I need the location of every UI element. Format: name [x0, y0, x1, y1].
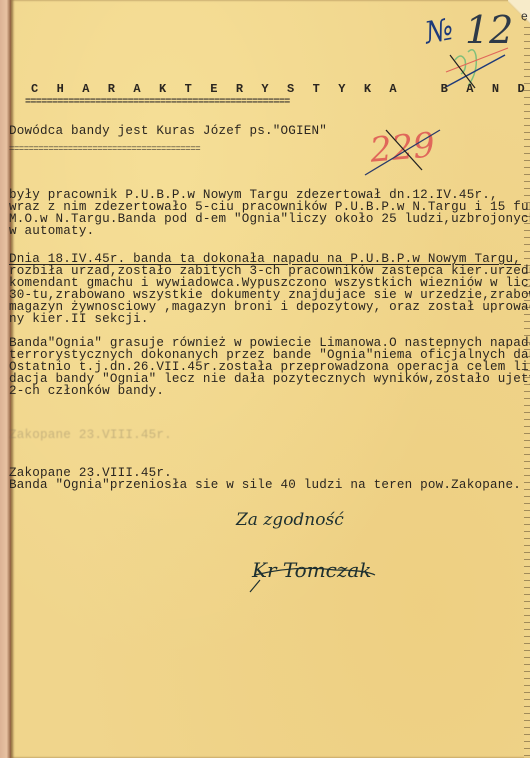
handwritten-certification: Za zgodność	[236, 510, 344, 530]
title-underline-rule: ========================================…	[25, 97, 290, 108]
erased-date-line: Zakopane 23.VIII.45r.	[9, 428, 172, 442]
document-title: C H A R A K T E R Y S T Y K A B A N D Y …	[31, 82, 530, 96]
paragraph2-line: ny kier.II sekcji.	[9, 312, 149, 326]
paragraph3-line: 2-ch członków bandy.	[9, 384, 164, 398]
commander-underline-rule: =======================================	[9, 144, 200, 154]
paragraph1-line: w automaty.	[9, 224, 94, 238]
closing-line: Banda "Ognia"przeniosła sie w sile 40 lu…	[9, 478, 521, 492]
handwritten-signature: Kr Tomczak	[252, 558, 371, 582]
commander-line: Dowódca bandy jest Kuras Józef ps."OGIEN…	[9, 124, 327, 138]
